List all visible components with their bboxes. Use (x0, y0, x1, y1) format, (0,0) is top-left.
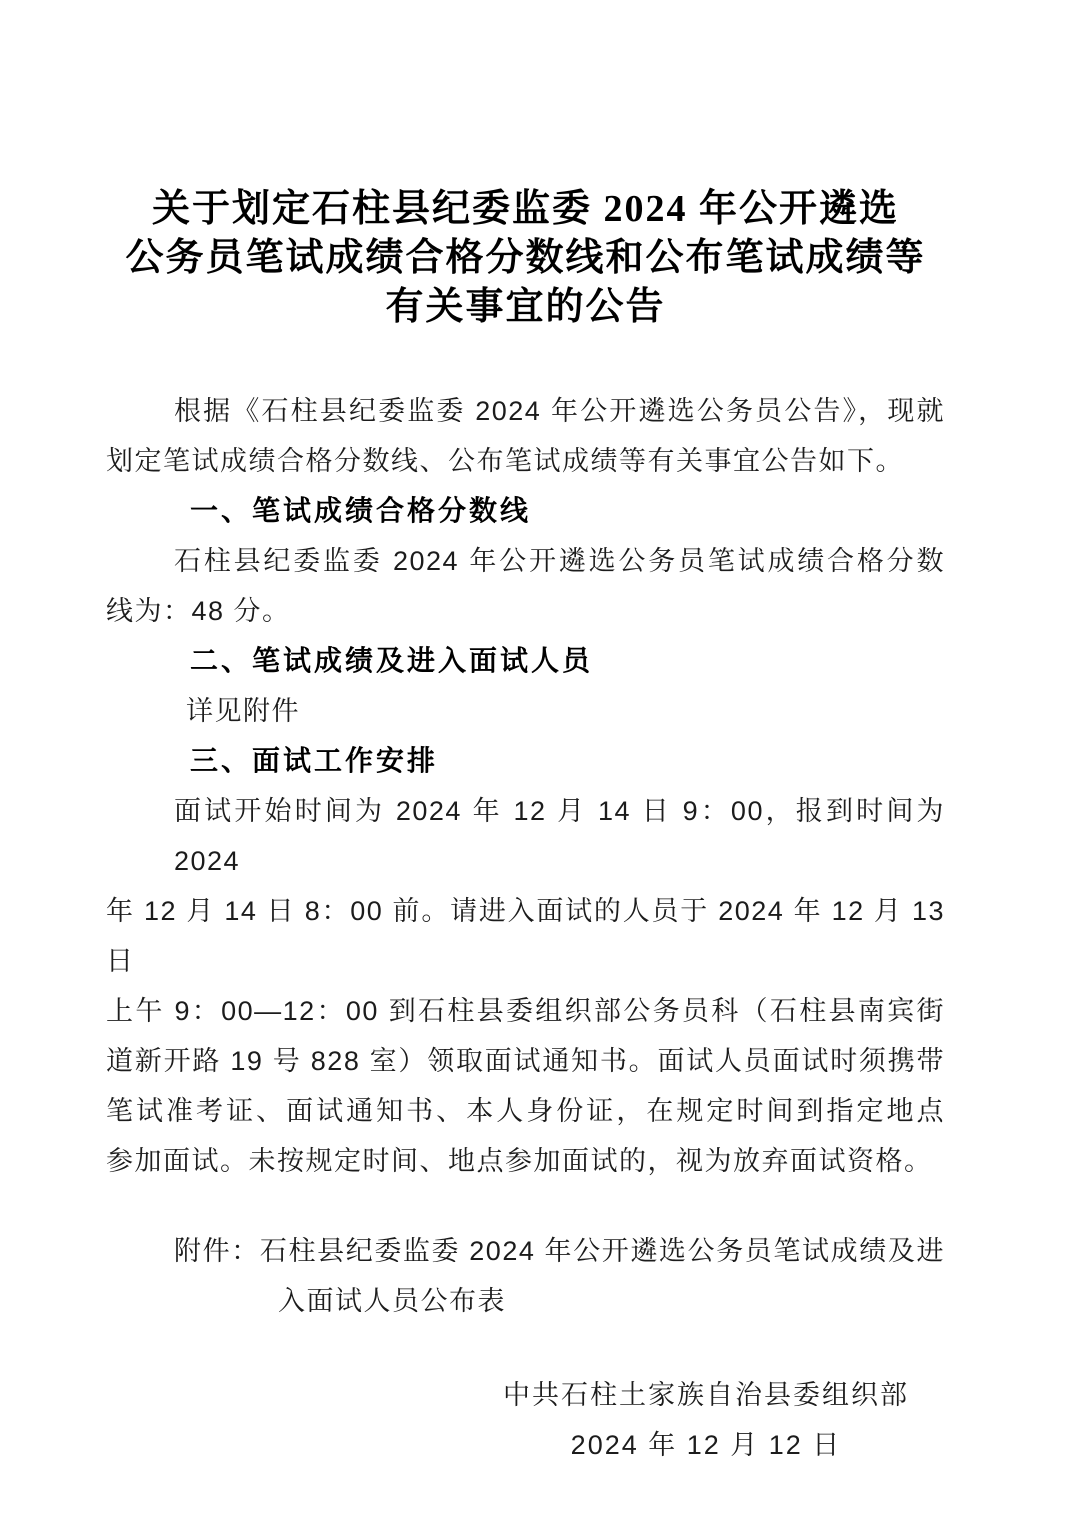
section-heading-2: 二、笔试成绩及进入面试人员 (106, 636, 945, 686)
paragraph-line: 上午 9：00—12：00 到石柱县委组织部公务员科（石柱县南宾街 (106, 986, 945, 1036)
paragraph-line: 面试开始时间为 2024 年 12 月 14 日 9：00，报到时间为 2024 (106, 786, 945, 886)
paragraph-line: 根据《石柱县纪委监委 2024 年公开遴选公务员公告》，现就 (106, 386, 945, 436)
paragraph-line: 石柱县纪委监委 2024 年公开遴选公务员笔试成绩合格分数 (106, 536, 945, 586)
title-line-2: 公务员笔试成绩合格分数线和公布笔试成绩等 (106, 234, 945, 283)
title-line-3: 有关事宜的公告 (106, 283, 945, 332)
signature-date: 2024 年 12 月 12 日 (503, 1420, 909, 1470)
paragraph-line: 参加面试。未按规定时间、地点参加面试的，视为放弃面试资格。 (106, 1136, 945, 1186)
paragraph-line: 线为：48 分。 (106, 586, 945, 636)
signature-block: 中共石柱土家族自治县委组织部 2024 年 12 月 12 日 (503, 1370, 909, 1470)
attachment-line: 附件：石柱县纪委监委 2024 年公开遴选公务员笔试成绩及进 (106, 1226, 945, 1276)
paragraph-line: 道新开路 19 号 828 室）领取面试通知书。面试人员面试时须携带 (106, 1036, 945, 1086)
signature-org: 中共石柱土家族自治县委组织部 (503, 1370, 909, 1420)
paragraph-line: 年 12 月 14 日 8：00 前。请进入面试的人员于 2024 年 12 月… (106, 886, 945, 986)
paragraph-line: 划定笔试成绩合格分数线、公布笔试成绩等有关事宜公告如下。 (106, 436, 945, 486)
attachment-line: 入面试人员公布表 (106, 1276, 945, 1326)
section-heading-1: 一、笔试成绩合格分数线 (106, 486, 945, 536)
paragraph-line: 详见附件 (106, 686, 945, 736)
document-body: 根据《石柱县纪委监委 2024 年公开遴选公务员公告》，现就 划定笔试成绩合格分… (106, 386, 945, 1186)
attachment-note: 附件：石柱县纪委监委 2024 年公开遴选公务员笔试成绩及进 入面试人员公布表 (106, 1226, 945, 1326)
title-line-1: 关于划定石柱县纪委监委 2024 年公开遴选 (106, 185, 945, 234)
document-page: 关于划定石柱县纪委监委 2024 年公开遴选 公务员笔试成绩合格分数线和公布笔试… (0, 0, 1074, 1520)
section-heading-3: 三、面试工作安排 (106, 736, 945, 786)
paragraph-line: 笔试准考证、面试通知书、本人身份证，在规定时间到指定地点 (106, 1086, 945, 1136)
document-title: 关于划定石柱县纪委监委 2024 年公开遴选 公务员笔试成绩合格分数线和公布笔试… (106, 185, 945, 332)
